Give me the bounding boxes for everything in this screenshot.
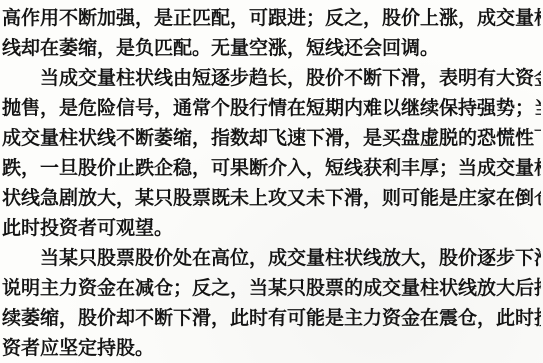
text-line: 说明主力资金在减仓；反之，当某只股票的成交量柱状线放大后持 <box>2 274 541 304</box>
text-line: 高作用不断加强，是正匹配，可跟进；反之，股价上涨，成交量柱状 <box>2 4 541 34</box>
text-line: 资者应坚定持股。 <box>2 334 541 363</box>
text-line: 跌，一旦股价止跌企稳，可果断介入，短线获利丰厚；当成交量柱 <box>2 154 541 184</box>
text-line: 此时投资者可观望。 <box>2 214 541 244</box>
text-line: 当某只股票股价处在高位，成交量柱状线放大，股价逐步下滑， <box>2 244 541 274</box>
scanned-book-page: 高作用不断加强，是正匹配，可跟进；反之，股价上涨，成交量柱状 线却在萎缩，是负匹… <box>0 0 543 363</box>
text-line: 续萎缩，股价却不断下滑，此时有可能是主力资金在震仓，此时投 <box>2 304 541 334</box>
text-line: 抛售，是危险信号，通常个股行情在短期内难以继续保持强势；当 <box>2 94 541 124</box>
text-line: 成交量柱状线不断萎缩，指数却飞速下滑，是买盘虚脱的恐慌性下 <box>2 124 541 154</box>
text-line: 线却在萎缩，是负匹配。无量空涨，短线还会回调。 <box>2 34 541 64</box>
text-line: 状线急剧放大，某只股票既未上攻又未下滑，则可能是庄家在倒仓， <box>2 184 541 214</box>
text-line: 当成交量柱状线由短逐步趋长，股价不断下滑，表明有大资金在 <box>2 64 541 94</box>
